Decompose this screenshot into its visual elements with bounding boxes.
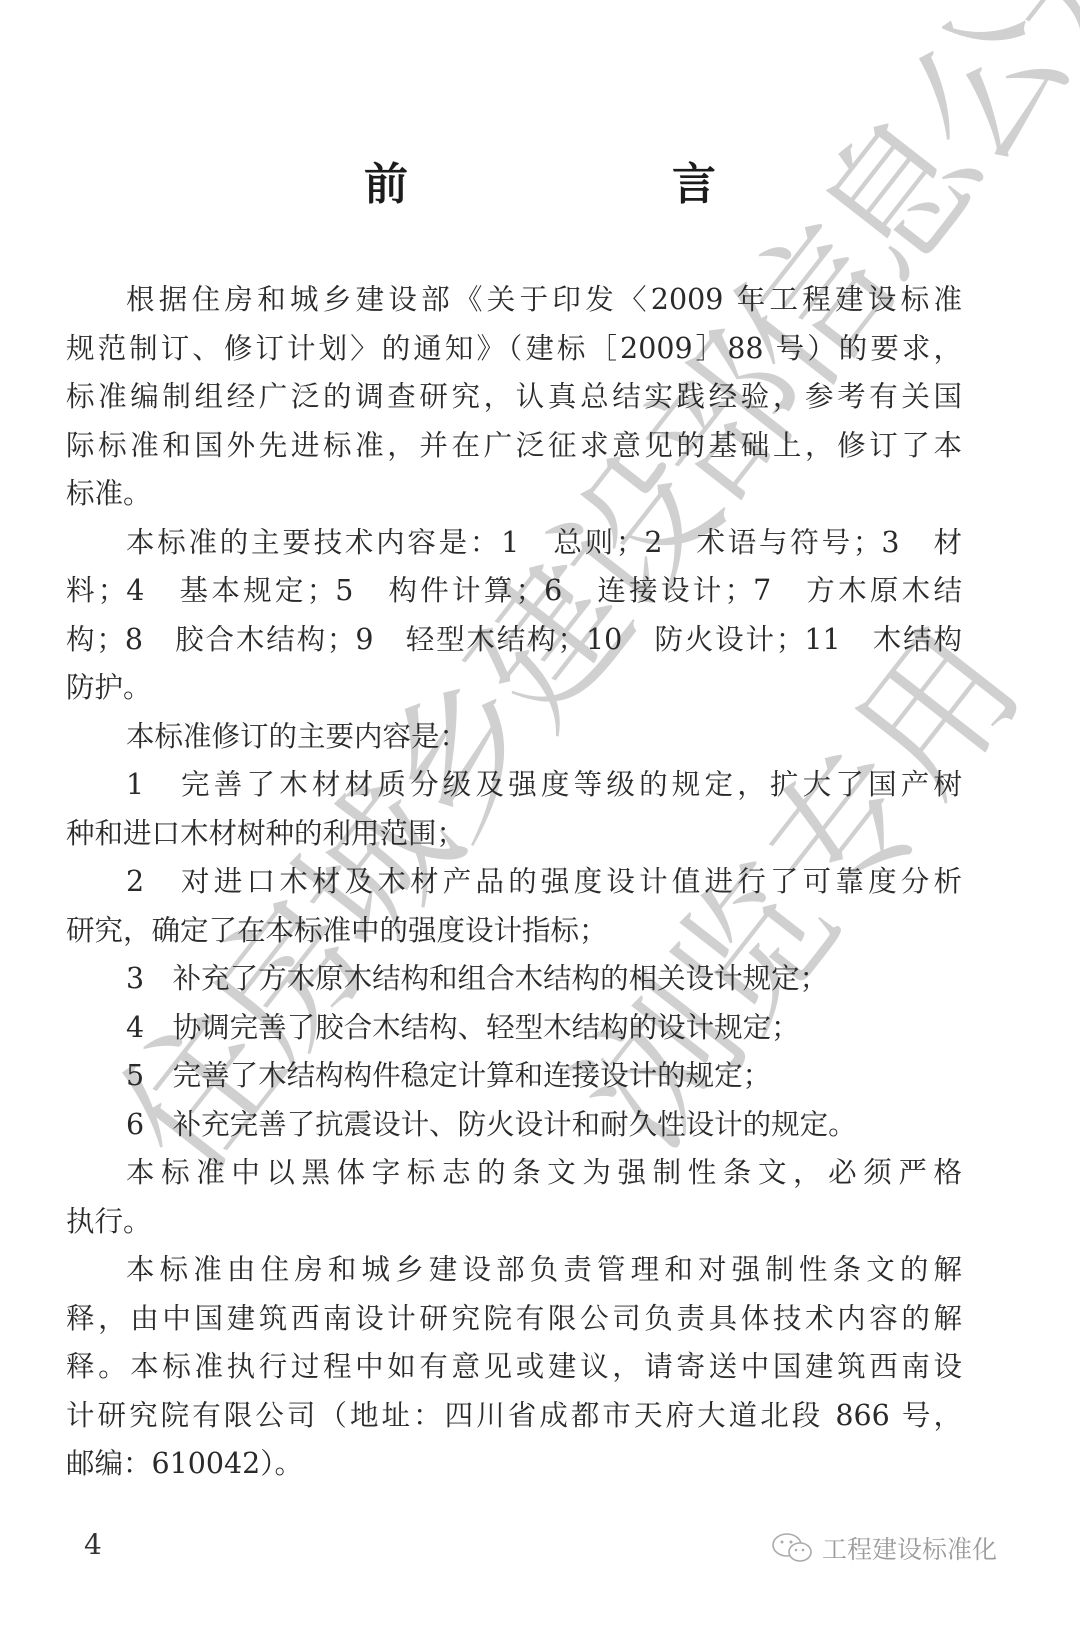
text-line: 1 完善了木材材质分级及强度等级的规定，扩大了国产树: [66, 761, 962, 810]
text-line: 本标准修订的主要内容是：: [66, 713, 962, 762]
text-line: 4 协调完善了胶合木结构、轻型木结构的设计规定；: [66, 1004, 962, 1053]
text-line: 料；4 基本规定；5 构件计算；6 连接设计；7 方木原木结: [66, 567, 962, 616]
text-line: 研究，确定了在本标准中的强度设计指标；: [66, 907, 962, 956]
text-line: 本标准由住房和城乡建设部负责管理和对强制性条文的解: [66, 1246, 962, 1295]
text-line: 释，由中国建筑西南设计研究院有限公司负责具体技术内容的解: [66, 1295, 962, 1344]
text-line: 规范制订、修订计划〉的通知》（建标［2009］88 号）的要求，: [66, 325, 962, 374]
text-line: 本标准的主要技术内容是：1 总则；2 术语与符号；3 材: [66, 519, 962, 568]
text-line: 本标准中以黑体字标志的条文为强制性条文，必须严格: [66, 1149, 962, 1198]
text-line: 执行。: [66, 1198, 962, 1247]
text-line: 防护。: [66, 664, 962, 713]
text-line: 2 对进口木材及木材产品的强度设计值进行了可靠度分析: [66, 858, 962, 907]
page-number: 4: [84, 1528, 102, 1561]
preface-body: 根据住房和城乡建设部《关于印发〈2009 年工程建设标准规范制订、修订计划〉的通…: [66, 276, 962, 1489]
text-line: 5 完善了木结构构件稳定计算和连接设计的规定；: [66, 1052, 962, 1101]
text-line: 邮编：610042）。: [66, 1440, 962, 1489]
text-line: 构；8 胶合木结构；9 轻型木结构；10 防火设计；11 木结构: [66, 616, 962, 665]
text-line: 计研究院有限公司（地址：四川省成都市天府大道北段 866 号，: [66, 1392, 962, 1441]
text-line: 根据住房和城乡建设部《关于印发〈2009 年工程建设标准: [66, 276, 962, 325]
text-line: 6 补充完善了抗震设计、防火设计和耐久性设计的规定。: [66, 1101, 962, 1150]
credit-label: 工程建设标准化: [822, 1530, 997, 1566]
page-title: 前 言: [0, 148, 1080, 212]
wechat-icon: [770, 1531, 816, 1565]
text-line: 际标准和国外先进标准，并在广泛征求意见的基础上，修订了本: [66, 422, 962, 471]
text-line: 释。本标准执行过程中如有意见或建议，请寄送中国建筑西南设: [66, 1343, 962, 1392]
text-line: 标准编制组经广泛的调查研究，认真总结实践经验，参考有关国: [66, 373, 962, 422]
text-line: 种和进口木材树种的利用范围；: [66, 810, 962, 859]
source-credit: 工程建设标准化: [770, 1530, 997, 1566]
text-line: 3 补充了方木原木结构和组合木结构的相关设计规定；: [66, 955, 962, 1004]
text-line: 标准。: [66, 470, 962, 519]
